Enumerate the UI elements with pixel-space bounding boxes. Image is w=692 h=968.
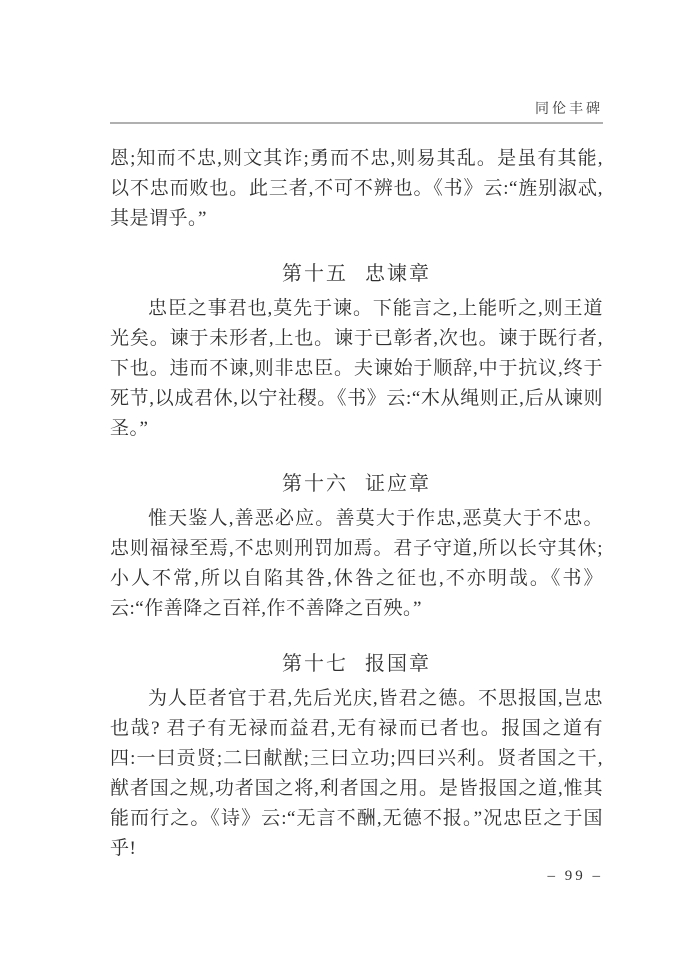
chapter-body-15: 忠臣之事君也,莫先于谏。下能言之,上能听之,则王道光矣。谏于未形者,上也。谏于已… [110,294,603,444]
page-number: – 99 – [110,868,603,885]
chapter-title: 证应章 [365,473,431,495]
chapter-section-15: 第十五忠谏章 忠臣之事君也,莫先于谏。下能言之,上能听之,则王道光矣。谏于未形者… [110,260,603,444]
page-header: 同伦丰碑 [110,0,603,124]
continuation-paragraph: 恩;知而不忠,则文其诈;勇而不忠,则易其乱。是虽有其能,以不忠而败也。此三者,不… [110,144,603,234]
chapter-section-16: 第十六证应章 惟天鉴人,善恶必应。善莫大于作忠,恶莫大于不忠。忠则福禄至焉,不忠… [110,470,603,624]
header-rule [110,122,603,124]
chapter-body-16: 惟天鉴人,善恶必应。善莫大于作忠,恶莫大于不忠。忠则福禄至焉,不忠则刑罚加焉。君… [110,504,603,624]
chapter-heading-16: 第十六证应章 [110,470,603,498]
running-header-title: 同伦丰碑 [110,101,603,119]
document-page: 同伦丰碑 恩;知而不忠,则文其诈;勇而不忠,则易其乱。是虽有其能,以不忠而败也。… [0,0,692,968]
chapter-heading-17: 第十七报国章 [110,650,603,678]
chapter-section-17: 第十七报国章 为人臣者官于君,先后光庆,皆君之德。不思报国,岂忠也哉? 君子有无… [110,650,603,864]
chapter-number: 第十六 [282,473,348,495]
chapter-body-17: 为人臣者官于君,先后光庆,皆君之德。不思报国,岂忠也哉? 君子有无禄而益君,无有… [110,684,603,864]
chapter-number: 第十七 [282,653,348,675]
chapter-number: 第十五 [282,263,348,285]
page-body: 恩;知而不忠,则文其诈;勇而不忠,则易其乱。是虽有其能,以不忠而败也。此三者,不… [110,144,603,864]
chapter-title: 忠谏章 [365,263,431,285]
chapter-heading-15: 第十五忠谏章 [110,260,603,288]
chapter-title: 报国章 [365,653,431,675]
